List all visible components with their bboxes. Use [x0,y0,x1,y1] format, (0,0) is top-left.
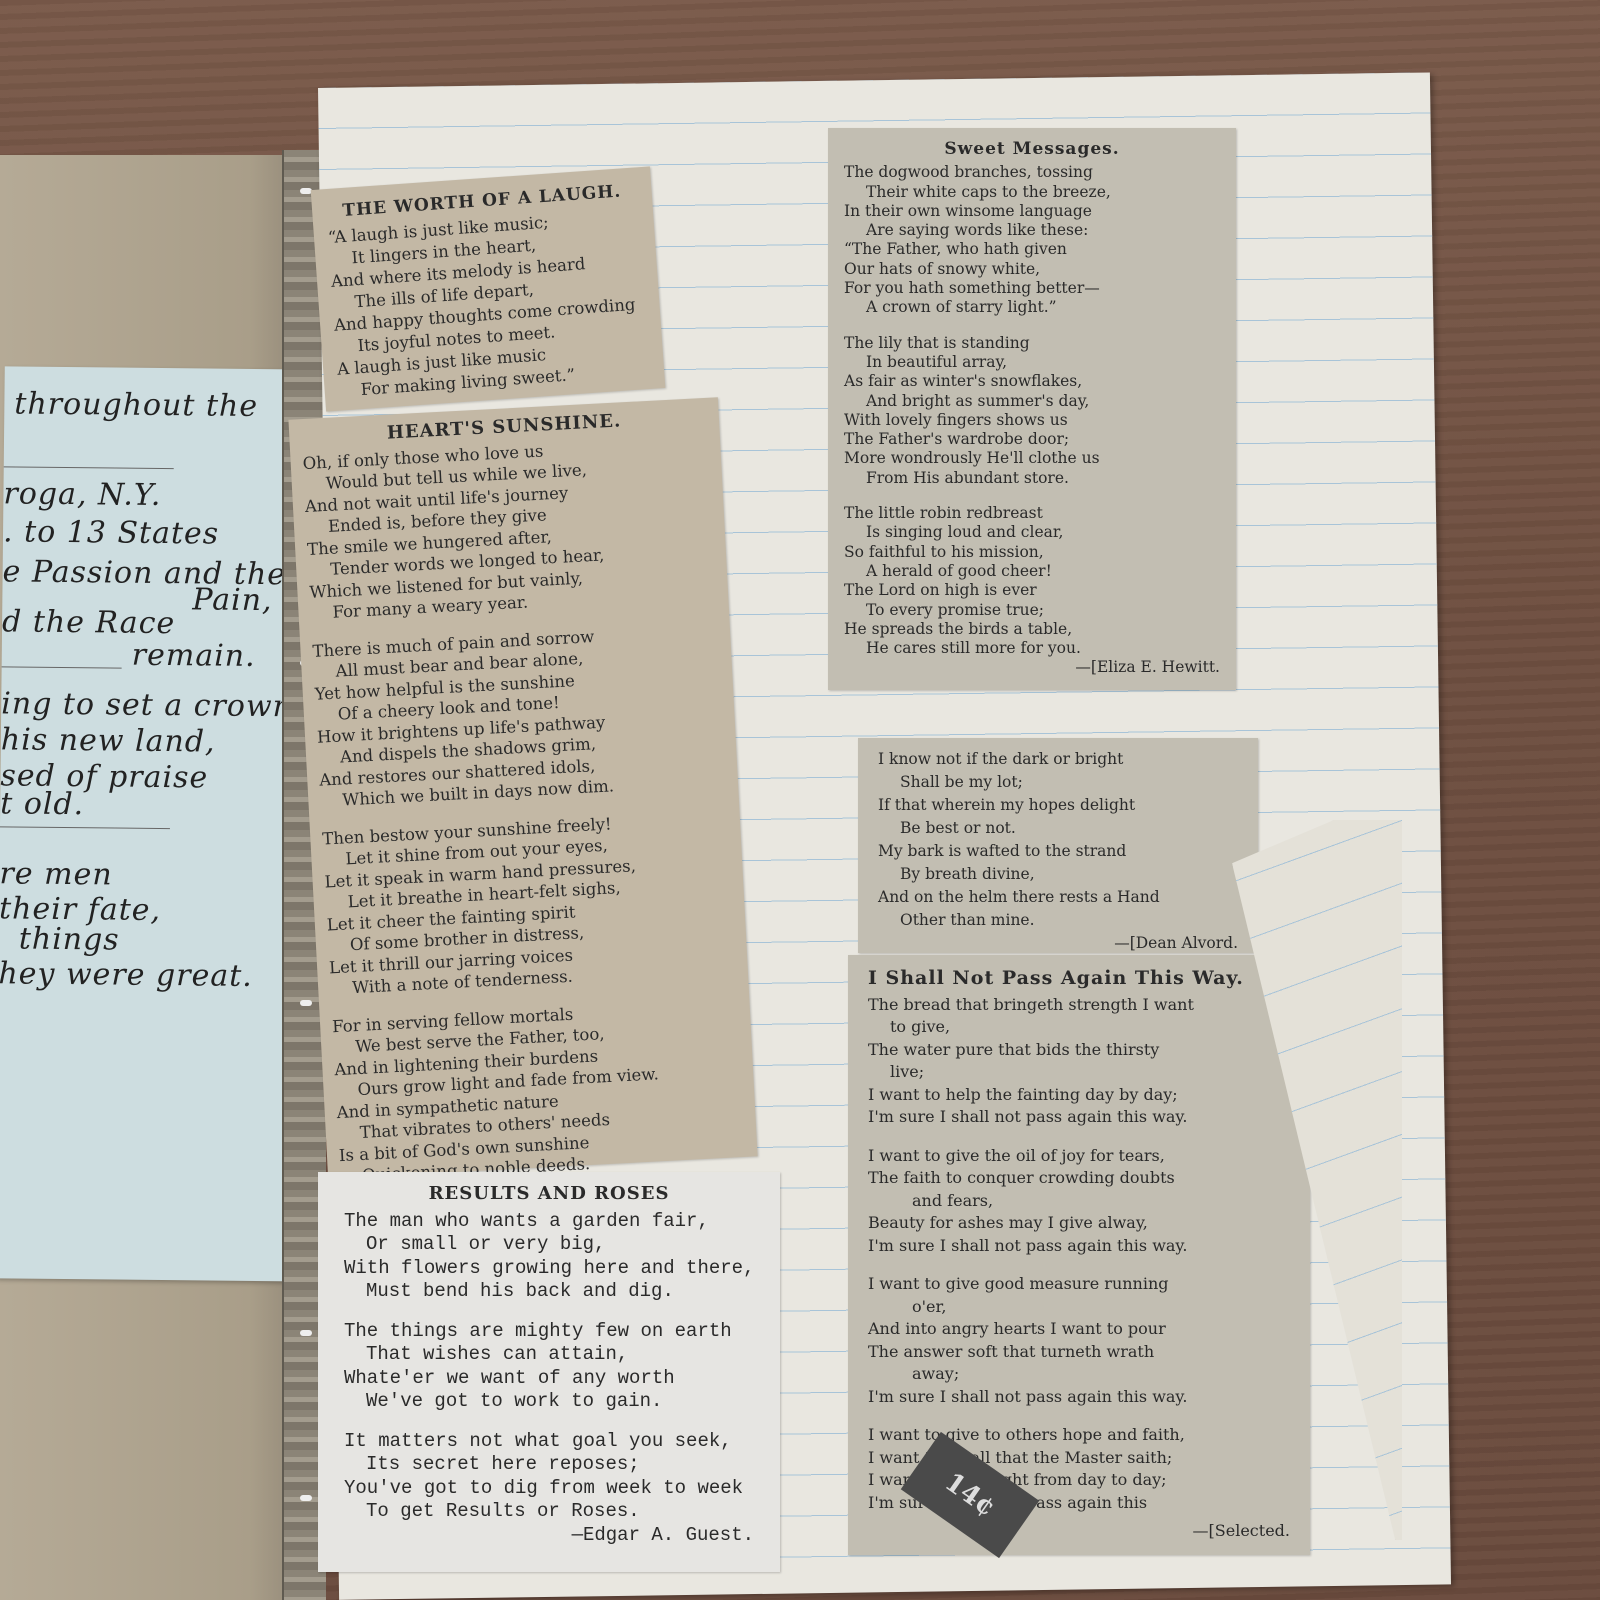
poem-line: So faithful to his mission, [844,543,1220,562]
poem-line: I want to give good measure running [868,1273,1290,1296]
poem-line: I want to help the fainting day by day; [868,1084,1290,1107]
handwritten-line: hey were great. [0,956,253,994]
poem-line: to give, [868,1016,1290,1039]
poem-line: And bright as summer's day, [844,392,1220,411]
handwritten-line: re men [0,856,113,892]
poem-stanza: It matters not what goal you seek, Its s… [344,1430,754,1524]
poem-line: It matters not what goal you seek, [344,1430,754,1454]
poem-stanza: The dogwood branches, tossing Their whit… [844,163,1220,317]
poem-line: From His abundant store. [844,469,1220,488]
handwritten-rule [2,666,122,668]
poem-line: You've got to dig from week to week [344,1477,754,1501]
poem-line: I know not if the dark or bright [878,748,1238,771]
poem-stanza: The lily that is standing In beautiful a… [844,334,1220,488]
poem-line: Is singing loud and clear, [844,523,1220,542]
poem-line: “The Father, who hath given [844,240,1220,259]
poem-line: With flowers growing here and there, [344,1257,754,1281]
clipping-title: Sweet Messages. [844,140,1220,159]
clipping-worth-of-a-laugh: THE WORTH OF A LAUGH. “A laugh is just l… [311,166,666,411]
poem-line: Their white caps to the breeze, [844,183,1220,202]
handwritten-line: t old. [0,786,84,822]
poem-line: Shall be my lot; [878,771,1238,794]
poem-line: I'm sure I shall not pass again this way… [868,1235,1290,1258]
binding-stitch [300,1495,312,1501]
handwritten-line: roga, N.Y. [3,476,161,513]
poem-line: To every promise true; [844,601,1220,620]
poem-line: To get Results or Roses. [344,1500,754,1524]
poem-stanza: The man who wants a garden fair, Or smal… [344,1210,754,1304]
poem-stanza: There is much of pain and sorrow All mus… [312,619,726,812]
poem-line: The answer soft that turneth wrath [868,1341,1290,1364]
poem-line: And into angry hearts I want to pour [868,1318,1290,1341]
clipping-dark-or-bright: I know not if the dark or bright Shall b… [858,738,1258,953]
poem-line: The faith to conquer crowding doubts [868,1167,1290,1190]
handwritten-card: throughout the roga, N.Y. . to 13 States… [0,366,327,1281]
poem-line: Must bend his back and dig. [344,1280,754,1304]
poem-line: Whate'er we want of any worth [344,1367,754,1391]
poem-line: The Lord on high is ever [844,581,1220,600]
poem-line: The water pure that bids the thirsty [868,1039,1290,1062]
handwritten-line: remain. [132,638,256,674]
poem-line: By breath divine, [878,863,1238,886]
poem-line: The things are mighty few on earth [344,1320,754,1344]
clipping-hearts-sunshine: HEART'S SUNSHINE. Oh, if only those who … [288,397,757,1178]
poem-line: and fears, [868,1190,1290,1213]
handwritten-rule [0,826,170,829]
poem-line: The lily that is standing [844,334,1220,353]
poem-line: For you hath something better— [844,279,1220,298]
poem-stanza: I want to give the oil of joy for tears,… [868,1145,1290,1258]
handwritten-line: Pain, [192,582,273,618]
poem-line: We've got to work to gain. [344,1390,754,1414]
poem-line: And on the helm there rests a Hand [878,886,1238,909]
poem-line: Its secret here reposes; [344,1453,754,1477]
binding-stitch [300,1000,312,1006]
poem-line: He cares still more for you. [844,639,1220,658]
poem-line: I'm sure I shall not pass again this way… [868,1386,1290,1409]
poem-line: The man who wants a garden fair, [344,1210,754,1234]
poem-line: Our hats of snowy white, [844,260,1220,279]
poem-stanza: The bread that bringeth strength I want … [868,994,1290,1129]
poem-stanza: The things are mighty few on earth That … [344,1320,754,1414]
poem-line: Are saying words like these: [844,221,1220,240]
poem-line: A herald of good cheer! [844,562,1220,581]
poem-stanza: Then bestow your sunshine freely! Let it… [322,807,736,1000]
poem-line: He spreads the birds a table, [844,620,1220,639]
poem-line: Be best or not. [878,817,1238,840]
poem-line: I'm sure I shall not pass again this way… [868,1106,1290,1129]
poem-line: Other than mine. [878,909,1238,932]
poem-stanza: The little robin redbreast Is singing lo… [844,504,1220,658]
clipping-title: I Shall Not Pass Again This Way. [868,967,1290,990]
poem-line: o'er, [868,1296,1290,1319]
poem-line: The little robin redbreast [844,504,1220,523]
poem-line: Beauty for ashes may I give alway, [868,1212,1290,1235]
poem-line: A crown of starry light.” [844,298,1220,317]
poem-line: That wishes can attain, [344,1343,754,1367]
poem-line: The bread that bringeth strength I want [868,994,1290,1017]
poem-line: With lovely fingers shows us [844,411,1220,430]
poem-line: My bark is wafted to the strand [878,840,1238,863]
handwritten-rule [4,466,174,469]
poem-attribution: —[Eliza E. Hewitt. [844,658,1220,677]
handwritten-line: throughout the [14,386,258,424]
poem-line: In beautiful array, [844,353,1220,372]
poem-attribution: —Edgar A. Guest. [344,1524,754,1548]
clipping-results-and-roses: RESULTS AND ROSES The man who wants a ga… [318,1172,780,1572]
binding-stitch [300,1330,312,1336]
poem-attribution: —[Dean Alvord. [878,932,1238,953]
poem-line: If that wherein my hopes delight [878,794,1238,817]
poem-stanza: For in serving fellow mortals We best se… [332,995,746,1188]
clipping-sweet-messages: Sweet Messages. The dogwood branches, to… [828,128,1236,690]
poem-stanza: Oh, if only those who love us Would but … [302,431,716,624]
poem-attribution: —[Selected. [868,1520,1290,1543]
handwritten-line: ing to set a crown [1,686,293,724]
poem-line: As fair as winter's snowflakes, [844,372,1220,391]
poem-line: Or small or very big, [344,1233,754,1257]
poem-line: The dogwood branches, tossing [844,163,1220,182]
poem-line: I want to give to others hope and faith, [868,1424,1290,1447]
clipping-title: RESULTS AND ROSES [344,1182,754,1206]
poem-line: I want to give the oil of joy for tears, [868,1145,1290,1168]
handwritten-line: things [19,922,120,958]
poem-line: away; [868,1363,1290,1386]
poem-stanza: I want to give good measure running o'er… [868,1273,1290,1408]
poem-line: More wondrously He'll clothe us [844,449,1220,468]
poem-line: In their own winsome language [844,202,1220,221]
handwritten-line: his new land, [1,722,216,759]
handwritten-line: d the Race [2,604,175,641]
handwritten-line: . to 13 States [3,514,219,551]
poem-line: The Father's wardrobe door; [844,430,1220,449]
poem-line: live; [868,1061,1290,1084]
